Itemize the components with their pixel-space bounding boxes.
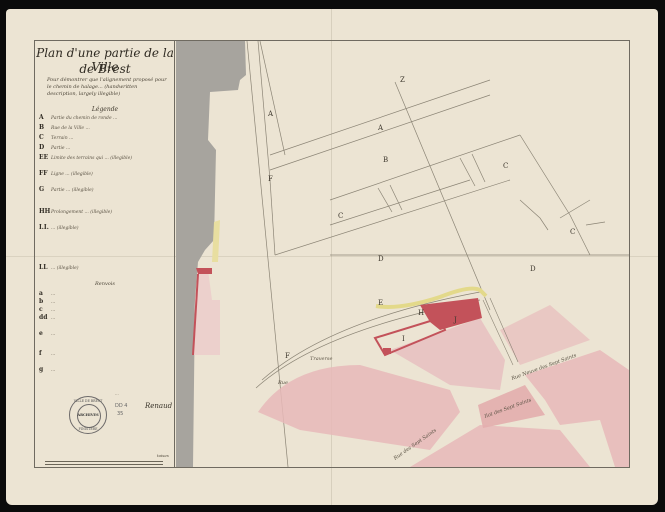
legend-item: GPartie ... (illegible): [39, 187, 171, 194]
renvoi-item: f...: [39, 351, 171, 358]
svg-text:Rue: Rue: [277, 380, 288, 386]
legend-item: EELimite des terrains qui ... (illegible…: [39, 155, 171, 162]
svg-text:F: F: [285, 352, 290, 360]
legend-item: CTerrain ...: [39, 135, 171, 142]
renvoi-item: g...: [39, 367, 171, 374]
svg-text:D: D: [530, 265, 536, 273]
renvoi-item: b...: [39, 299, 171, 306]
scale-label: toises: [157, 453, 169, 458]
legend-item: HHProlongement ... (illegible): [39, 209, 171, 216]
title-line-2: de Brest: [35, 62, 175, 76]
legend-item: I.I.... (illegible): [39, 225, 171, 232]
shelfmark-2: 35: [117, 411, 123, 417]
svg-text:F: F: [268, 175, 273, 183]
svg-text:Traverse: Traverse: [310, 356, 332, 362]
svg-text:C: C: [338, 212, 343, 220]
legend-panel: Plan d'une partie de la Ville de Brest P…: [35, 41, 175, 467]
shelfmark-1: DD 4: [115, 403, 127, 409]
legend-item: BRue de la Ville ...: [39, 125, 171, 132]
svg-text:C: C: [503, 162, 508, 170]
signature-note: ...: [115, 391, 119, 396]
archive-stamp: VILLE DE BREST ARCHIVES FINISTÈRE: [69, 396, 107, 434]
svg-text:A: A: [267, 110, 274, 118]
legend-item: LL... (illegible): [39, 265, 171, 272]
legend-item: APartie du chemin de ronde ...: [39, 115, 171, 122]
renvoi-item: dd...: [39, 315, 171, 322]
svg-text:D: D: [378, 255, 384, 263]
svg-text:C: C: [570, 228, 575, 236]
svg-text:Z: Z: [400, 76, 405, 84]
legend-item: FFLigne ... (illegible): [39, 171, 171, 178]
svg-text:I: I: [402, 335, 405, 343]
signature: Renaud: [145, 402, 172, 410]
renvoi-item: e...: [39, 331, 171, 338]
subtitle: Pour démontrer que l'alignement proposé …: [47, 77, 169, 98]
legend-heading: Légende: [35, 106, 175, 113]
svg-text:A: A: [377, 124, 384, 132]
svg-text:J: J: [453, 316, 457, 324]
renvois-heading: Renvois: [35, 281, 175, 287]
map-drawing: AAB CCC DDF FJI EHZ Rue Traverse Rue Neu…: [176, 41, 629, 467]
scale-bar: [45, 461, 163, 465]
legend-item: DPartie ...: [39, 145, 171, 152]
svg-text:H: H: [418, 309, 424, 317]
renvoi-item: c...: [39, 307, 171, 314]
svg-text:E: E: [378, 299, 383, 307]
renvoi-item: a...: [39, 291, 171, 298]
map-area: AAB CCC DDF FJI EHZ Rue Traverse Rue Neu…: [176, 41, 629, 467]
svg-text:B: B: [383, 156, 388, 164]
